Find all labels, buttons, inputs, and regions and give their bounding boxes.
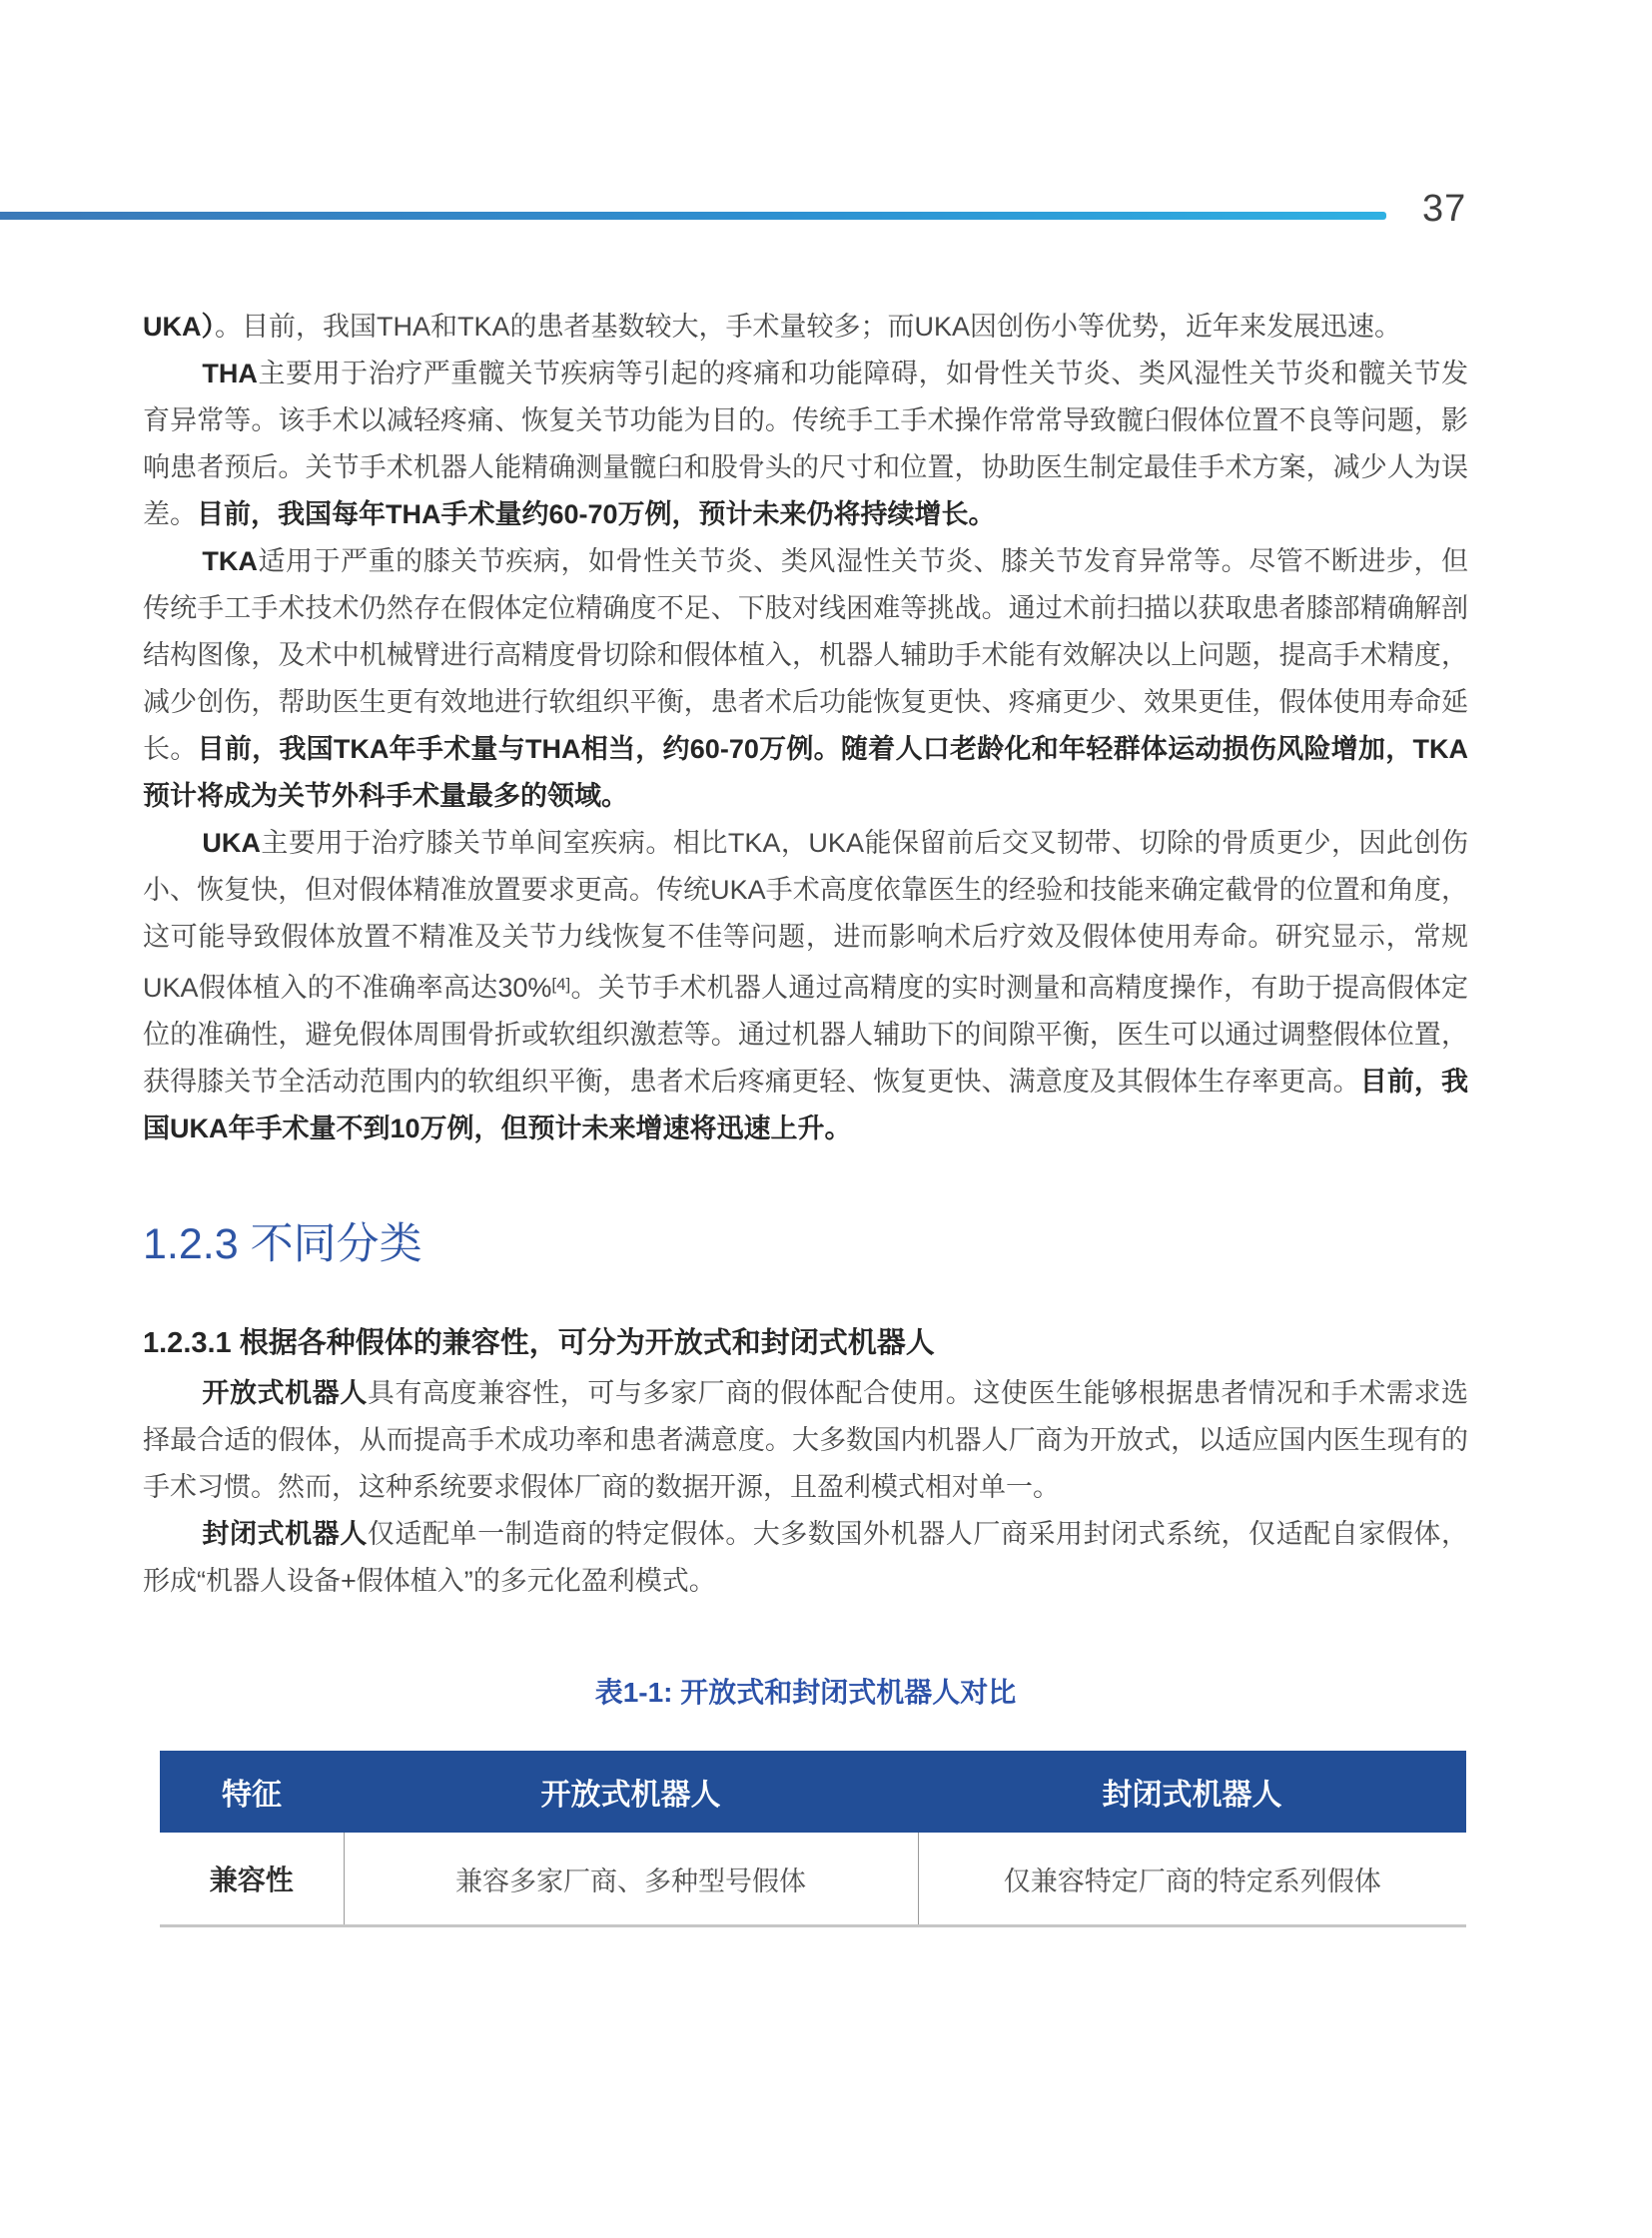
- table-header-cell: 开放式机器人: [344, 1751, 918, 1833]
- paragraph: THA主要用于治疗严重髋关节疾病等引起的疼痛和功能障碍，如骨性关节炎、类风湿性关…: [143, 351, 1468, 538]
- intro-paragraphs: UKA）。目前，我国THA和TKA的患者基数较大，手术量较多；而UKA因创伤小等…: [143, 304, 1468, 1152]
- comparison-table: 特征开放式机器人封闭式机器人 兼容性兼容多家厂商、多种型号假体仅兼容特定厂商的特…: [160, 1751, 1466, 1927]
- footnote-ref: [4]: [551, 975, 570, 994]
- paragraph: UKA主要用于治疗膝关节单间室疾病。相比TKA，UKA能保留前后交叉韧带、切除的…: [143, 820, 1468, 1152]
- text-segment: 目前，我国TKA年手术量与THA相当，约60-70万例。随着人口老龄化和年轻群体…: [143, 734, 1468, 811]
- table-header-cell: 封闭式机器人: [918, 1751, 1466, 1833]
- paragraph: 开放式机器人具有高度兼容性，可与多家厂商的假体配合使用。这使医生能够根据患者情况…: [143, 1370, 1468, 1511]
- table-header-cell: 特征: [160, 1751, 344, 1833]
- text-segment: 。目前，我国THA和TKA的患者基数较大，手术量较多；而UKA因创伤小等优势，近…: [215, 312, 1401, 342]
- table-head: 特征开放式机器人封闭式机器人: [160, 1751, 1466, 1833]
- table-cell: 仅兼容特定厂商的特定系列假体: [918, 1833, 1466, 1926]
- paragraph: UKA）。目前，我国THA和TKA的患者基数较大，手术量较多；而UKA因创伤小等…: [143, 304, 1468, 351]
- text-segment: UKA: [202, 828, 261, 858]
- text-segment: THA: [202, 359, 258, 388]
- paragraph: TKA适用于严重的膝关节疾病，如骨性关节炎、类风湿性关节炎、膝关节发育异常等。尽…: [143, 538, 1468, 820]
- text-segment: 封闭式机器人: [202, 1519, 367, 1549]
- table-cell: 兼容性: [160, 1833, 344, 1926]
- classification-paragraphs: 开放式机器人具有高度兼容性，可与多家厂商的假体配合使用。这使医生能够根据患者情况…: [143, 1370, 1468, 1605]
- table-header-row: 特征开放式机器人封闭式机器人: [160, 1751, 1466, 1833]
- table-body: 兼容性兼容多家厂商、多种型号假体仅兼容特定厂商的特定系列假体: [160, 1833, 1466, 1926]
- table-caption: 表1-1: 开放式和封闭式机器人对比: [143, 1677, 1468, 1709]
- sub-section-heading: 1.2.3.1 根据各种假体的兼容性，可分为开放式和封闭式机器人: [143, 1324, 1468, 1362]
- text-segment: 目前，我国每年THA手术量约60-70万例，预计未来仍将持续增长。: [197, 499, 996, 529]
- paragraph: 封闭式机器人仅适配单一制造商的特定假体。大多数国外机器人厂商采用封闭式系统，仅适…: [143, 1511, 1468, 1605]
- text-segment: UKA）: [143, 312, 215, 342]
- section-heading: 1.2.3 不同分类: [143, 1218, 1468, 1270]
- text-segment: TKA: [202, 546, 258, 576]
- text-segment: 开放式机器人: [202, 1378, 367, 1408]
- text-segment: 适用于严重的膝关节疾病，如骨性关节炎、类风湿性关节炎、膝关节发育异常等。尽管不断…: [143, 546, 1468, 764]
- table-cell: 兼容多家厂商、多种型号假体: [344, 1833, 918, 1926]
- table-row: 兼容性兼容多家厂商、多种型号假体仅兼容特定厂商的特定系列假体: [160, 1833, 1466, 1926]
- document-content: UKA）。目前，我国THA和TKA的患者基数较大，手术量较多；而UKA因创伤小等…: [143, 0, 1468, 1927]
